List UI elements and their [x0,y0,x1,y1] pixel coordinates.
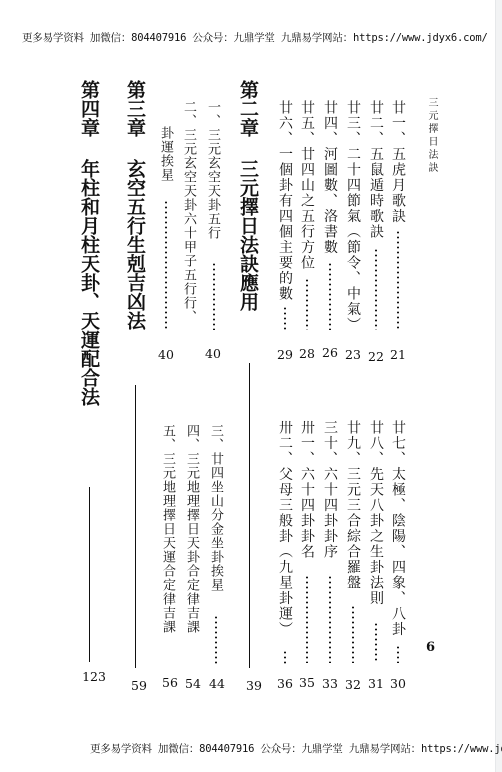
toc-entry-28[interactable]: 廿八、先天八卦之生卦法則 [369,420,383,606]
toc-entry-23[interactable]: 廿三、二十四節氣（節令、中氣） [346,100,360,333]
page-number: 21 [390,347,406,362]
leader-rule [135,385,136,668]
page-number: 39 [246,678,262,693]
page-number: 44 [209,676,225,691]
leader-dots [165,200,167,330]
leader-dots [375,622,377,662]
page-number: 36 [277,676,293,691]
page-edge [495,0,502,772]
toc-entry-ch2-4[interactable]: 四、三元地理擇日天卦合定律吉課 [185,424,198,634]
leader-rule [249,363,250,668]
watermark-banner-top: 更多易学资料 加微信：804407916 公众号：九鼎学堂 九鼎易学网站：htt… [22,30,488,45]
page-number: 33 [322,676,338,691]
chapter-3-heading[interactable]: 第三章玄空五行生剋吉凶法 [125,80,144,330]
leader-dots [213,262,215,330]
leader-dots [329,262,331,330]
chapter-number: 第三章 [124,80,146,137]
leader-dots [306,575,308,663]
page-number: 31 [368,676,384,691]
toc-entry-ch2-2[interactable]: 二、三元玄空天卦六十甲子五行行、 [182,100,195,324]
watermark-banner-bottom: 更多易学资料 加微信：804407916 公众号：九鼎学堂 九鼎易学网站：htt… [90,741,502,756]
page-number: 26 [322,345,338,360]
toc-entry-27[interactable]: 廿七、太極、陰陽、四象、八卦 [391,420,405,637]
chapter-title: 年柱和月柱天卦、天運配合法 [78,159,100,406]
toc-entry-30[interactable]: 三十、六十四卦卦序 [323,420,337,560]
page-number: 35 [299,675,315,690]
toc-entry-26[interactable]: 廿六、一個卦有四個主要的數 [278,100,292,302]
toc-entry-ch2-1[interactable]: 一、三元玄空天卦五行 [206,100,219,240]
page-number: 54 [185,676,201,691]
page-number: 40 [158,347,174,362]
toc-entry-ch2-2-cont[interactable]: 卦運挨星 [159,126,172,182]
leader-dots [375,248,377,330]
chapter-2-heading[interactable]: 第二章三元擇日法訣應用 [238,80,257,311]
page-number: 56 [162,675,178,690]
toc-entry-ch2-5[interactable]: 五、三元地理擇日天運合定律吉課 [161,424,174,634]
page-number: 22 [368,349,384,364]
page-number: 40 [205,346,221,361]
leader-dots [306,278,308,330]
leader-dots [284,306,286,330]
chapter-4-heading[interactable]: 第四章年柱和月柱天卦、天運配合法 [79,80,98,406]
toc-entry-32[interactable]: 卅二、父母三般卦（九星卦運） [278,420,292,637]
leader-rule [89,487,90,662]
leader-dots [215,615,217,665]
leader-dots [352,605,354,663]
page-number: 28 [299,346,315,361]
page-number: 32 [345,677,361,692]
running-head: 三元擇日法訣 [426,97,436,175]
folio-page-number: 6 [426,640,435,655]
chapter-number: 第二章 [237,80,259,137]
page-number: 123 [82,669,106,684]
chapter-title: 玄空五行生剋吉凶法 [124,159,146,330]
leader-dots [329,575,331,663]
page-number: 29 [277,347,293,362]
leader-dots [284,650,286,664]
toc-entry-ch2-3[interactable]: 三、廿四坐山分金坐卦挨星 [209,424,222,592]
toc-entry-31[interactable]: 卅一、六十四卦卦名 [300,420,314,560]
toc-entry-21[interactable]: 廿一、五虎月歌訣 [391,100,405,224]
chapter-number: 第四章 [78,80,100,137]
leader-dots [397,645,399,663]
page-number: 23 [345,347,361,362]
toc-entry-25[interactable]: 廿五、廿四山之五行方位 [300,100,314,271]
toc-entry-22[interactable]: 廿二、五鼠遁時歌訣 [369,100,383,240]
page-number: 59 [131,678,147,693]
toc-entry-29[interactable]: 廿九、三元三合綜合羅盤 [346,420,360,591]
page-number: 30 [390,676,406,691]
toc-entry-24[interactable]: 廿四、河圖數、洛書數 [323,100,337,255]
chapter-title: 三元擇日法訣應用 [237,159,259,311]
leader-dots [397,230,399,330]
